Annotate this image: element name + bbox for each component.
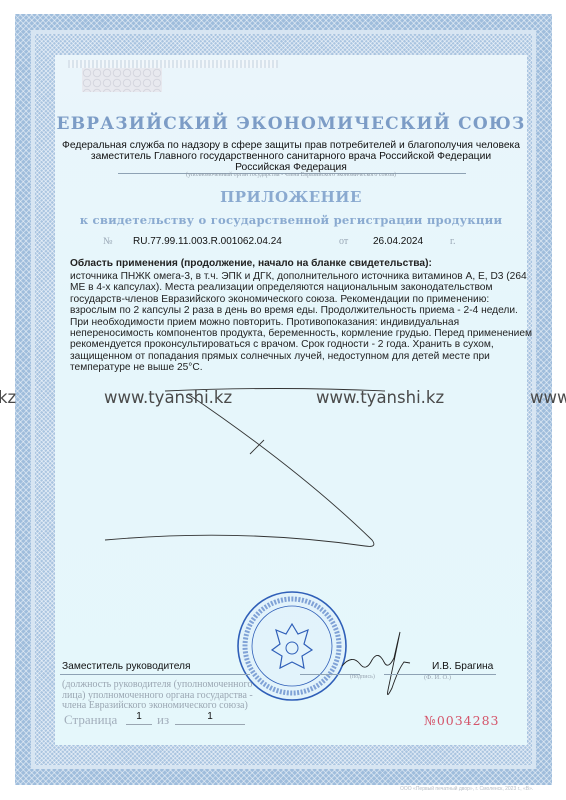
watermark: www.tyanshi.kz — [104, 388, 232, 407]
page-label: Страница — [64, 712, 117, 728]
registration-date: 26.04.2024 — [373, 236, 423, 247]
union-title: ЕВРАЗИЙСКИЙ ЭКОНОМИЧЕСКИЙ СОЮЗ — [55, 114, 527, 134]
printer-imprint: ООО «Первый печатный двор», г. Смоленск,… — [400, 786, 533, 792]
authority-line-2: заместитель Главного государственного са… — [55, 151, 527, 163]
date-suffix: г. — [450, 236, 455, 247]
page-total: 1 — [175, 711, 245, 725]
scope-line: температуре не выше 25°С. — [70, 362, 515, 373]
scope-line: непереносимость компонентов продукта, бе… — [70, 328, 515, 339]
scope-line: защищенном от попадания прямых солнечных… — [70, 351, 515, 362]
date-prefix: от — [339, 236, 348, 247]
security-pattern-patch — [82, 68, 162, 92]
appendix-title: ПРИЛОЖЕНИЕ — [55, 188, 527, 206]
scope-line: взрослым по 2 капсулы 2 раза в день во в… — [70, 305, 515, 316]
watermark: kz — [0, 388, 16, 407]
signature-caption: (подпись) — [350, 674, 375, 680]
position-caption: (должность руководителя (уполномоченного… — [62, 680, 262, 712]
authority-caption: (уполномоченный орган государства - член… — [55, 172, 527, 178]
watermark: www.tyanshi.kz — [530, 388, 566, 407]
page-of-label: из — [157, 712, 169, 728]
name-caption: (Ф. И. О.) — [424, 674, 451, 681]
appendix-subtitle: к свидетельству о государственной регист… — [55, 213, 527, 227]
number-label: № — [103, 236, 113, 247]
scope-line: государств-членов Евразийского экономиче… — [70, 294, 515, 305]
watermark: www.tyanshi.kz — [316, 388, 444, 407]
guilloche-strip — [68, 60, 278, 68]
registration-number: RU.77.99.11.003.R.001062.04.24 — [133, 236, 282, 247]
scope-line: источника ПНЖК омега-3, в т.ч. ЭПК и ДГК… — [70, 271, 515, 282]
page-number: 1 — [126, 711, 152, 725]
form-serial-number: №0034283 — [424, 713, 500, 728]
scope-heading: Область применения (продолжение, начало … — [70, 258, 432, 269]
authority-line-1: Федеральная служба по надзору в сфере за… — [55, 140, 527, 152]
signer-position: Заместитель руководителя — [62, 661, 191, 672]
scope-line: При необходимости прием можно повторить.… — [70, 317, 515, 328]
scope-line: рекомендуется проконсультироваться с вра… — [70, 339, 515, 350]
position-underline — [60, 674, 250, 675]
signer-name: И.В. Брагина — [432, 661, 493, 672]
scope-body: источника ПНЖК омега-3, в т.ч. ЭПК и ДГК… — [70, 271, 515, 374]
scope-line: МЕ в 4-х капсулах). Места реализации опр… — [70, 282, 515, 293]
